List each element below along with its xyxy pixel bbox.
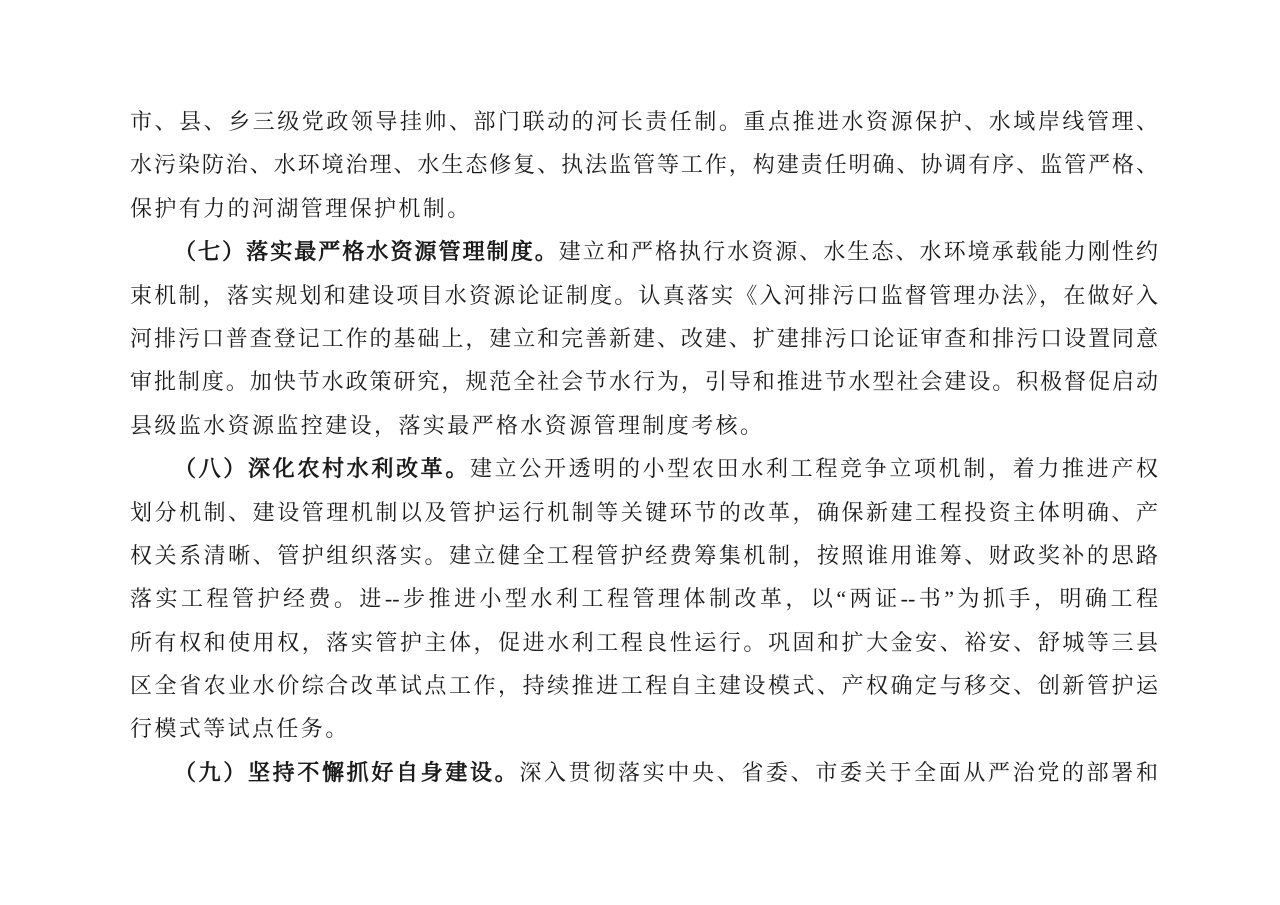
paragraph-text: 深入贯彻落实中央、省委、市委关于全面从严治党的部署和 — [519, 760, 1158, 785]
text-line: 保护有力的河湖管理保护机制。 — [130, 187, 1158, 230]
para-9-self-construction: （九）坚持不懈抓好自身建设。深入贯彻落实中央、省委、市委关于全面从严治党的部署和 — [130, 751, 1158, 794]
text-line: （八）深化农村水利改革。建立公开透明的小型农田水利工程竞争立项机制，着力推进产权 — [130, 447, 1158, 490]
paragraph-text: 建立和严格执行水资源、水生态、水环境承载能力刚性约 — [559, 239, 1158, 264]
paragraph-text: 建立公开透明的小型农田水利工程竞争立项机制，着力推进产权 — [470, 456, 1158, 481]
paragraph-text: 市、县、乡三级党政领导挂帅、部门联动的河长责任制。重点推进水资源保护、水域岸线管… — [130, 109, 1158, 134]
paragraph-text: 权关系清晰、管护组织落实。建立健全工程管护经费筹集机制，按照谁用谁筹、财政奖补的… — [130, 543, 1158, 568]
para-7-water-resources-management: （七）落实最严格水资源管理制度。建立和严格执行水资源、水生态、水环境承载能力刚性… — [130, 230, 1158, 447]
text-line: 行模式等试点任务。 — [130, 707, 1158, 750]
text-line: 束机制，落实规划和建设项目水资源论证制度。认真落实《入河排污口监督管理办法》，在… — [130, 274, 1158, 317]
paragraph-text: 束机制，落实规划和建设项目水资源论证制度。认真落实《入河排污口监督管理办法》，在… — [130, 283, 1158, 308]
paragraph-text: 落实工程管护经费。进--步推进小型水利工程管理体制改革，以“两证--书”为抓手，… — [130, 586, 1158, 611]
document-page: 市、县、乡三级党政领导挂帅、部门联动的河长责任制。重点推进水资源保护、水域岸线管… — [0, 0, 1280, 905]
text-line: 河排污口普查登记工作的基础上，建立和完善新建、改建、扩建排污口论证审查和排污口设… — [130, 317, 1158, 360]
text-line: 市、县、乡三级党政领导挂帅、部门联动的河长责任制。重点推进水资源保护、水域岸线管… — [130, 100, 1158, 143]
paragraph-text: 河排污口普查登记工作的基础上，建立和完善新建、改建、扩建排污口论证审查和排污口设… — [130, 326, 1158, 351]
paragraph-text: 审批制度。加快节水政策研究，规范全社会节水行为，引导和推进节水型社会建设。积极督… — [130, 369, 1158, 394]
text-line: 划分机制、建设管理机制以及管护运行机制等关键环节的改革，确保新建工程投资主体明确… — [130, 491, 1158, 534]
text-line: （九）坚持不懈抓好自身建设。深入贯彻落实中央、省委、市委关于全面从严治党的部署和 — [130, 751, 1158, 794]
paragraph-lead-bold: （七）落实最严格水资源管理制度。 — [174, 239, 559, 264]
paragraph-text: 区全省农业水价综合改革试点工作，持续推进工程自主建设模式、产权确定与移交、创新管… — [130, 673, 1158, 698]
text-line: 区全省农业水价综合改革试点工作，持续推进工程自主建设模式、产权确定与移交、创新管… — [130, 664, 1158, 707]
paragraph-text: 行模式等试点任务。 — [130, 716, 350, 741]
text-line: 所有权和使用权，落实管护主体，促进水利工程良性运行。巩固和扩大金安、裕安、舒城等… — [130, 621, 1158, 664]
para-8-rural-water-reform: （八）深化农村水利改革。建立公开透明的小型农田水利工程竞争立项机制，着力推进产权… — [130, 447, 1158, 751]
paragraph-lead-bold: （八）深化农村水利改革。 — [174, 456, 470, 481]
text-line: 权关系清晰、管护组织落实。建立健全工程管护经费筹集机制，按照谁用谁筹、财政奖补的… — [130, 534, 1158, 577]
paragraph-text: 所有权和使用权，落实管护主体，促进水利工程良性运行。巩固和扩大金安、裕安、舒城等… — [130, 630, 1158, 655]
text-line: 落实工程管护经费。进--步推进小型水利工程管理体制改革，以“两证--书”为抓手，… — [130, 577, 1158, 620]
text-line: 县级监水资源监控建设，落实最严格水资源管理制度考核。 — [130, 404, 1158, 447]
document-content: 市、县、乡三级党政领导挂帅、部门联动的河长责任制。重点推进水资源保护、水域岸线管… — [130, 100, 1158, 794]
paragraph-text: 保护有力的河湖管理保护机制。 — [130, 196, 472, 221]
paragraph-text: 划分机制、建设管理机制以及管护运行机制等关键环节的改革，确保新建工程投资主体明确… — [130, 500, 1158, 525]
paragraph-text: 县级监水资源监控建设，落实最严格水资源管理制度考核。 — [130, 413, 764, 438]
text-line: 审批制度。加快节水政策研究，规范全社会节水行为，引导和推进节水型社会建设。积极督… — [130, 360, 1158, 403]
paragraph-lead-bold: （九）坚持不懈抓好自身建设。 — [174, 760, 519, 785]
para-continuation-river-chief: 市、县、乡三级党政领导挂帅、部门联动的河长责任制。重点推进水资源保护、水域岸线管… — [130, 100, 1158, 230]
text-line: 水污染防治、水环境治理、水生态修复、执法监管等工作，构建责任明确、协调有序、监管… — [130, 143, 1158, 186]
text-line: （七）落实最严格水资源管理制度。建立和严格执行水资源、水生态、水环境承载能力刚性… — [130, 230, 1158, 273]
paragraph-text: 水污染防治、水环境治理、水生态修复、执法监管等工作，构建责任明确、协调有序、监管… — [130, 152, 1158, 177]
